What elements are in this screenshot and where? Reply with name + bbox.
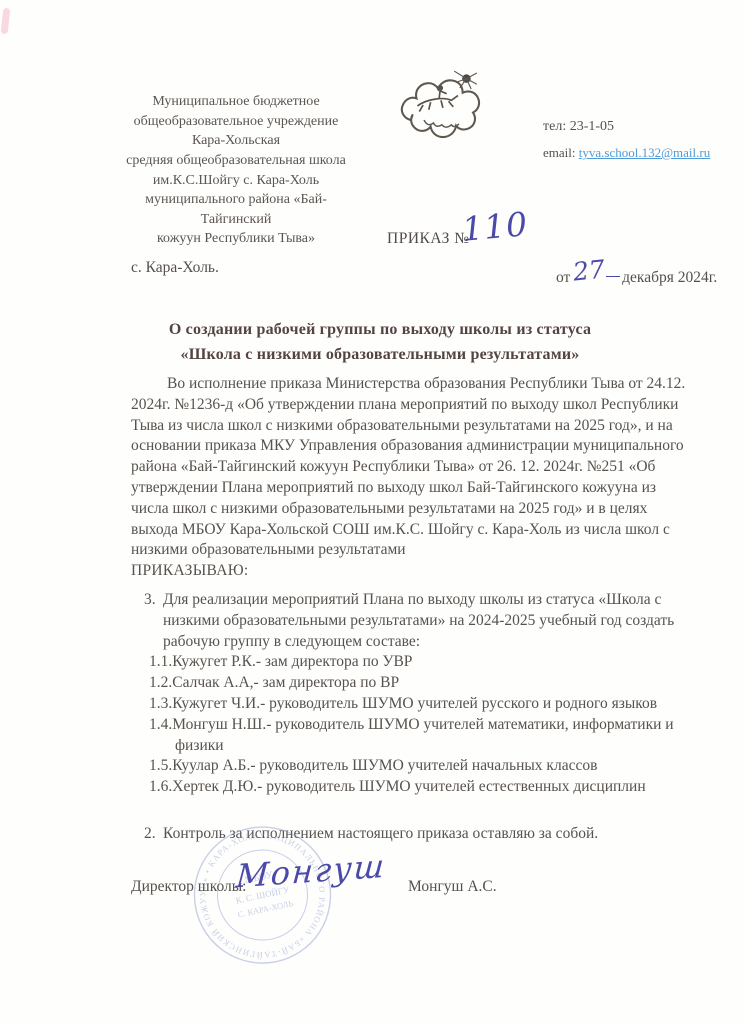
official-stamp-icon: МУНИЦИПАЛЬНОГО РАЙОНА «БАЙ-ТАЙГИНСКИЙ КО… [174,806,353,989]
document-title-line: «Школа с низкими образовательными резуль… [60,342,700,367]
phone-label: тел: 23-1-05 [543,119,614,135]
item-text: Для реализации мероприятий Плана по выхо… [163,590,697,652]
order-item-3: 3. Для реализации мероприятий Плана по в… [131,590,697,652]
org-name-line: муниципального района «Бай-Тайгинский [116,190,356,229]
decree-heading: ПРИКАЗЫВАЮ: [131,561,697,582]
org-name-line: кожуун Республики Тыва» [116,229,356,249]
preamble-paragraph: Во исполнение приказа Министерства образ… [131,374,697,561]
item-number: 3. [144,590,156,611]
ink-dash [606,276,620,277]
scanned-order-document: Муниципальное бюджетное общеобразователь… [0,0,745,1024]
signer-name: Монгуш А.С. [408,878,497,896]
item-number: 2. [144,824,156,845]
document-body: Во исполнение приказа Министерства образ… [131,374,697,845]
org-name-line: общеобразовательное учреждение [116,112,356,132]
pink-scan-mark [1,8,11,35]
order-number-handwritten: 110 [460,204,529,249]
list-item: 1.5.Куулар А.Б.- руководитель ШУМО учите… [149,756,697,777]
org-name-line: средняя общеобразовательная школа [116,151,356,171]
list-item: 1.6.Хертек Д.Ю.- руководитель ШУМО учите… [149,777,697,798]
list-item: 1.3.Кужугет Ч.И.- руководитель ШУМО учит… [149,694,697,715]
email-link[interactable]: tyva.school.132@mail.ru [579,145,710,160]
date-rest-label: декабря 2024г. [622,269,717,286]
org-name-line: Кара-Хольская [116,131,356,151]
org-name-block-top: Муниципальное бюджетное общеобразователь… [116,92,356,151]
document-title-line: О создании рабочей группы по выходу школ… [60,317,700,342]
document-title: О создании рабочей группы по выходу школ… [60,317,700,367]
date-from-label: от [556,269,570,286]
org-name-block-bottom: средняя общеобразовательная школа им.К.С… [116,151,356,249]
place-label: с. Кара-Холь. [131,259,219,277]
signature-label: Директор школы: [131,878,246,896]
list-item: 1.4.Монгуш Н.Ш.- руководитель ШУМО учите… [149,715,697,757]
list-item: 1.1.Кужугет Р.К.- зам директора по УВР [149,652,697,673]
email-label: email: [543,145,579,160]
org-name-line: Муниципальное бюджетное [116,92,356,112]
order-label: ПРИКАЗ № [387,230,470,248]
date-line: от27декабря 2024г. [556,259,717,288]
org-name-line: им.К.С.Шойгу с. Кара-Холь [116,171,356,191]
date-day-handwritten: 27 [572,254,607,286]
school-emblem-icon [392,60,490,155]
email-row: email: tyva.school.132@mail.ru [543,145,710,161]
list-item: 1.2.Салчак А.А,- зам директора по ВР [149,673,697,694]
